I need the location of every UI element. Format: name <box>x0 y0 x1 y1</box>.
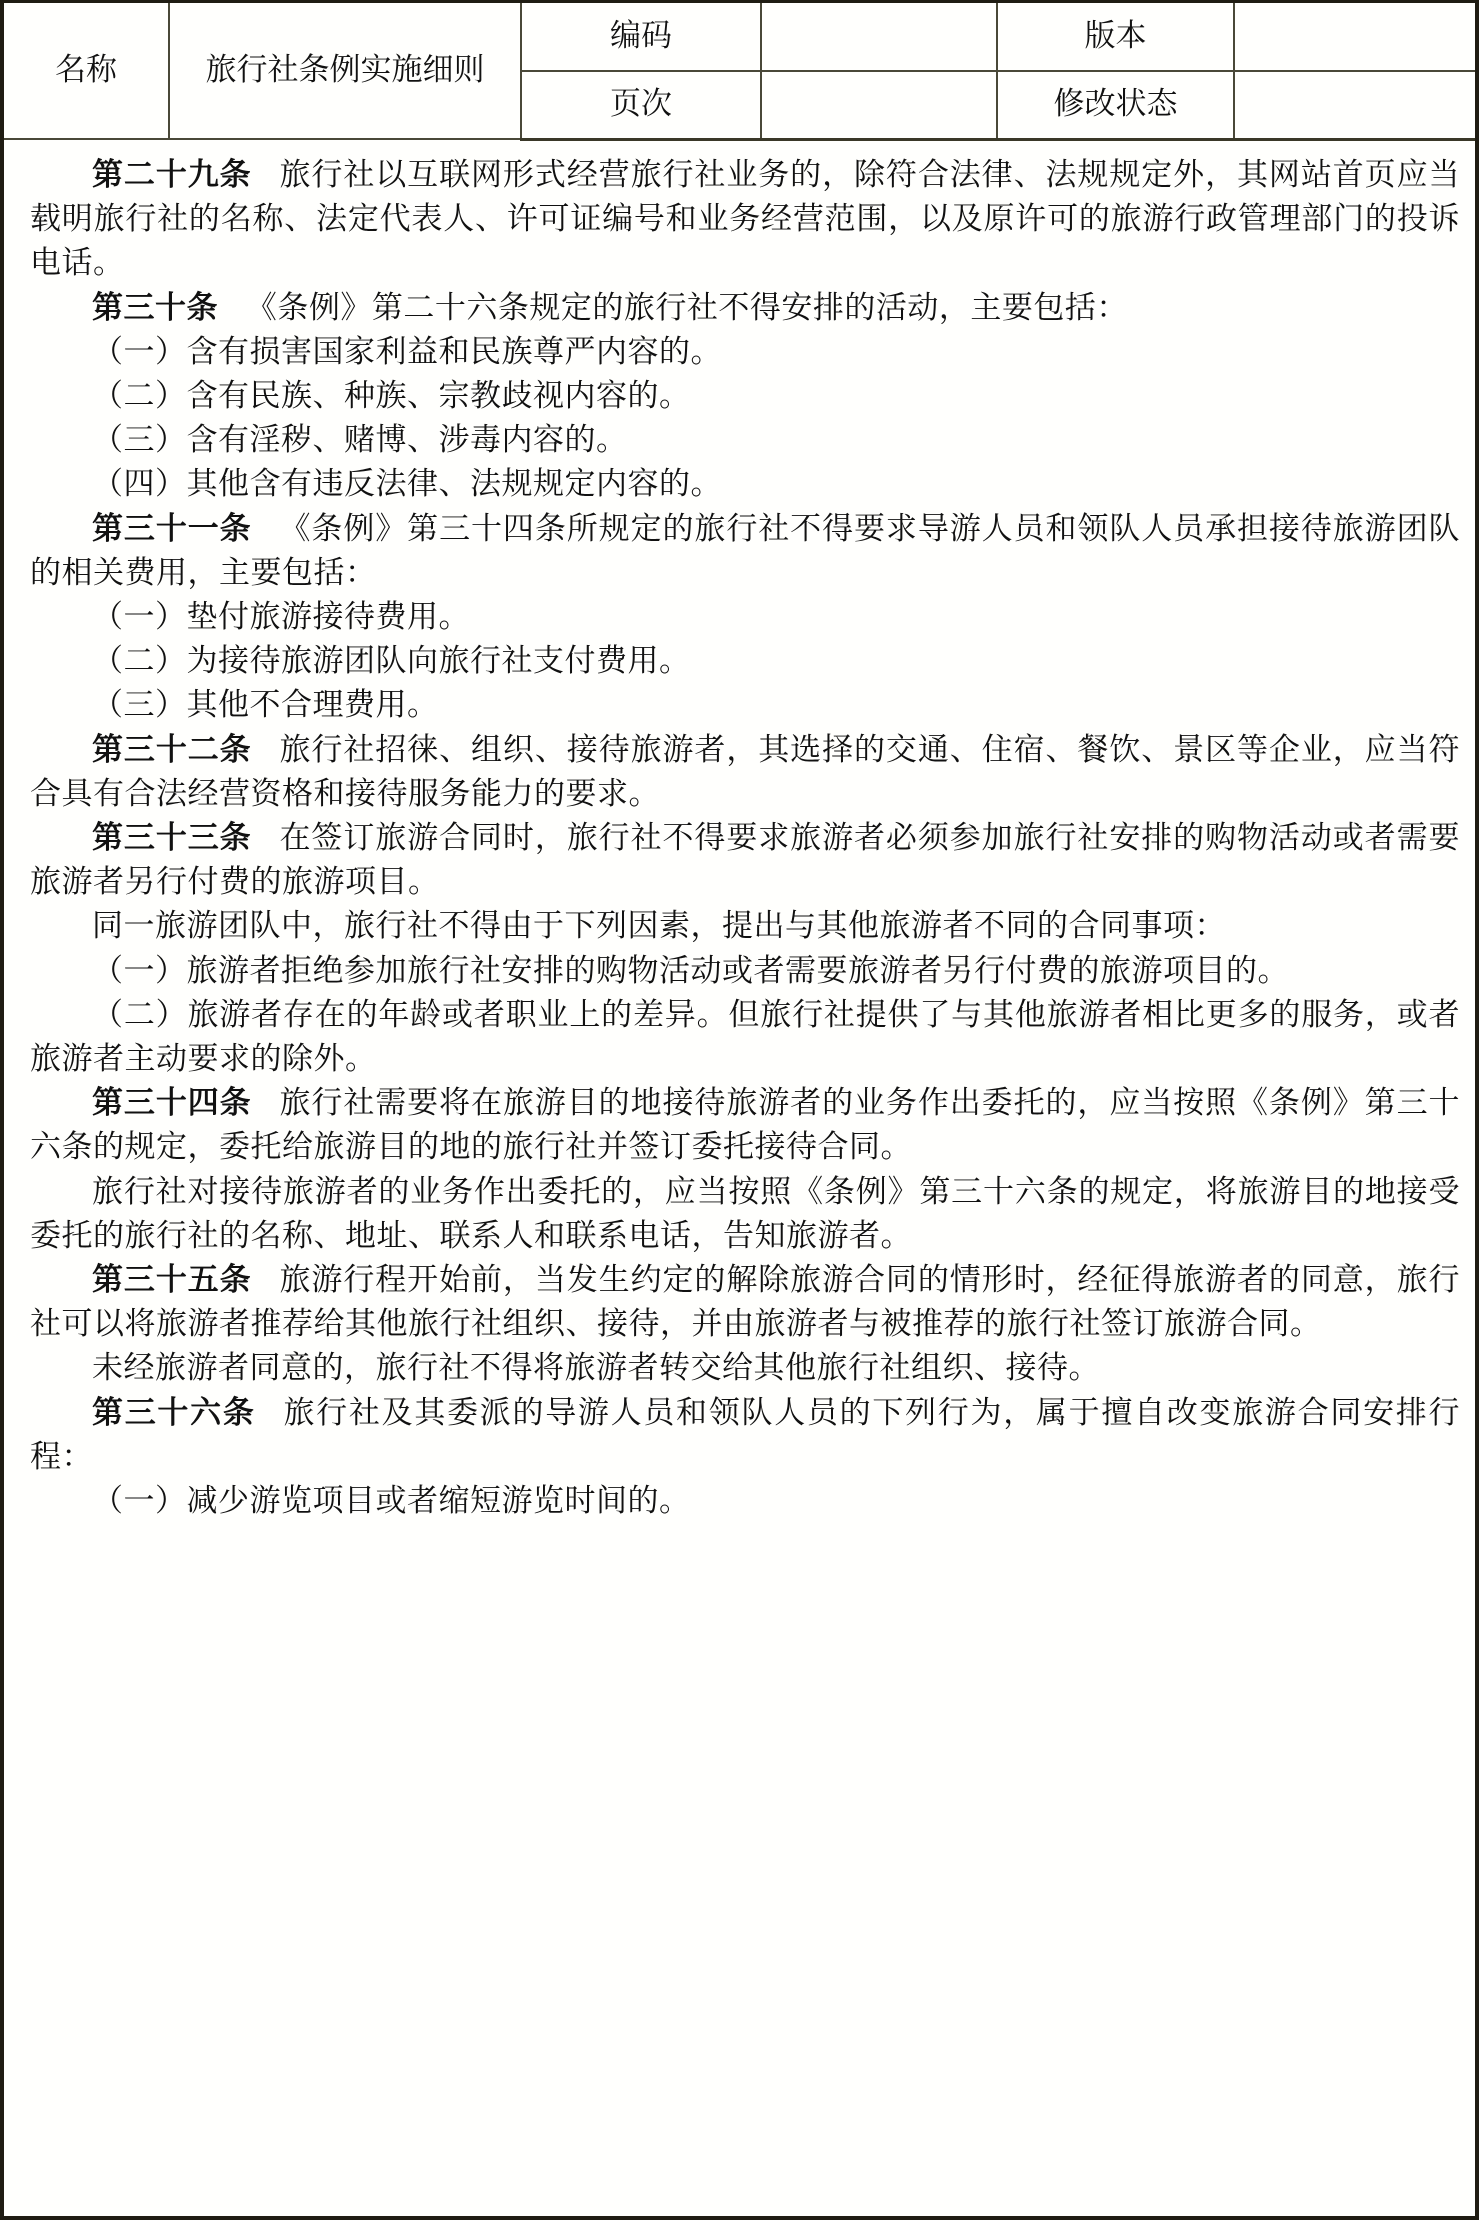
article-33: 第三十三条在签订旅游合同时，旅行社不得要求旅游者必须参加旅行社安排的购物活动或者… <box>30 816 1460 904</box>
paragraph: 未经旅游者同意的，旅行社不得将旅游者转交给其他旅行社组织、接待。 <box>30 1346 1460 1390</box>
document-body: 第二十九条旅行社以互联网形式经营旅行社业务的，除符合法律、法规规定外，其网站首页… <box>30 153 1460 1523</box>
document-title: 旅行社条例实施细则 <box>169 3 521 139</box>
list-item: （二）旅游者存在的年龄或者职业上的差异。但旅行社提供了与其他旅游者相比更多的服务… <box>30 993 1460 1081</box>
list-item: （一）垫付旅游接待费用。 <box>30 595 1460 639</box>
article-number: 第三十四条 <box>92 1085 252 1121</box>
version-label: 版本 <box>997 3 1234 71</box>
code-value <box>761 3 997 71</box>
paragraph-text: 同一旅游团队中，旅行社不得由于下列因素，提出与其他旅游者不同的合同事项： <box>92 908 1226 944</box>
article-number: 第三十六条 <box>92 1395 256 1431</box>
list-item: （二）为接待旅游团队向旅行社支付费用。 <box>30 639 1460 683</box>
page-value <box>761 71 997 139</box>
article-29: 第二十九条旅行社以互联网形式经营旅行社业务的，除符合法律、法规规定外，其网站首页… <box>30 153 1460 286</box>
article-32: 第三十二条旅行社招徕、组织、接待旅游者，其选择的交通、住宿、餐饮、景区等企业，应… <box>30 728 1460 816</box>
paragraph: 旅行社对接待旅游者的业务作出委托的，应当按照《条例》第三十六条的规定，将旅游目的… <box>30 1170 1460 1258</box>
list-item-text: （一）减少游览项目或者缩短游览时间的。 <box>92 1483 691 1519</box>
paragraph-text: 未经旅游者同意的，旅行社不得将旅游者转交给其他旅行社组织、接待。 <box>92 1350 1100 1386</box>
list-item-text: （一）含有损害国家利益和民族尊严内容的。 <box>92 334 722 370</box>
list-item: （四）其他含有违反法律、法规规定内容的。 <box>30 462 1460 506</box>
page-label: 页次 <box>521 71 761 139</box>
list-item-text: （一）垫付旅游接待费用。 <box>92 599 470 635</box>
version-value <box>1234 3 1475 71</box>
article-text: 《条例》第二十六条规定的旅行社不得安排的活动，主要包括： <box>246 290 1128 326</box>
article-31: 第三十一条《条例》第三十四条所规定的旅行社不得要求导游人员和领队人员承担接待旅游… <box>30 507 1460 595</box>
paragraph-text: 旅行社对接待旅游者的业务作出委托的，应当按照《条例》第三十六条的规定，将旅游目的… <box>30 1174 1460 1254</box>
list-item-text: （二）含有民族、种族、宗教歧视内容的。 <box>92 378 691 414</box>
article-30: 第三十条《条例》第二十六条规定的旅行社不得安排的活动，主要包括： <box>30 286 1460 330</box>
article-number: 第三十一条 <box>92 511 252 547</box>
list-item: （三）含有淫秽、赌博、涉毒内容的。 <box>30 418 1460 462</box>
article-36: 第三十六条旅行社及其委派的导游人员和领队人员的下列行为，属于擅自改变旅游合同安排… <box>30 1391 1460 1479</box>
revision-label: 修改状态 <box>997 71 1234 139</box>
article-number: 第三十二条 <box>92 732 252 768</box>
list-item-text: （二）为接待旅游团队向旅行社支付费用。 <box>92 643 691 679</box>
list-item: （三）其他不合理费用。 <box>30 683 1460 727</box>
name-label: 名称 <box>4 3 169 139</box>
list-item-text: （三）其他不合理费用。 <box>92 687 439 723</box>
list-item-text: （一）旅游者拒绝参加旅行社安排的购物活动或者需要旅游者另行付费的旅游项目的。 <box>92 953 1289 989</box>
code-label: 编码 <box>521 3 761 71</box>
list-item: （一）减少游览项目或者缩短游览时间的。 <box>30 1479 1460 1523</box>
revision-value <box>1234 71 1475 139</box>
paragraph: 同一旅游团队中，旅行社不得由于下列因素，提出与其他旅游者不同的合同事项： <box>30 904 1460 948</box>
list-item: （二）含有民族、种族、宗教歧视内容的。 <box>30 374 1460 418</box>
document-header-table: 名称 旅行社条例实施细则 编码 版本 页次 修改状态 <box>4 3 1475 141</box>
list-item-text: （四）其他含有违反法律、法规规定内容的。 <box>92 466 722 502</box>
list-item: （一）含有损害国家利益和民族尊严内容的。 <box>30 330 1460 374</box>
article-number: 第三十条 <box>92 290 218 326</box>
document-page: 名称 旅行社条例实施细则 编码 版本 页次 修改状态 第二十九条旅行社以互联网形… <box>0 0 1479 2220</box>
list-item-text: （二）旅游者存在的年龄或者职业上的差异。但旅行社提供了与其他旅游者相比更多的服务… <box>30 997 1460 1077</box>
article-number: 第三十三条 <box>92 820 252 856</box>
article-number: 第二十九条 <box>92 157 252 193</box>
list-item-text: （三）含有淫秽、赌博、涉毒内容的。 <box>92 422 628 458</box>
list-item: （一）旅游者拒绝参加旅行社安排的购物活动或者需要旅游者另行付费的旅游项目的。 <box>30 949 1460 993</box>
article-34: 第三十四条旅行社需要将在旅游目的地接待旅游者的业务作出委托的，应当按照《条例》第… <box>30 1081 1460 1169</box>
article-35: 第三十五条旅游行程开始前，当发生约定的解除旅游合同的情形时，经征得旅游者的同意，… <box>30 1258 1460 1346</box>
article-number: 第三十五条 <box>92 1262 252 1298</box>
